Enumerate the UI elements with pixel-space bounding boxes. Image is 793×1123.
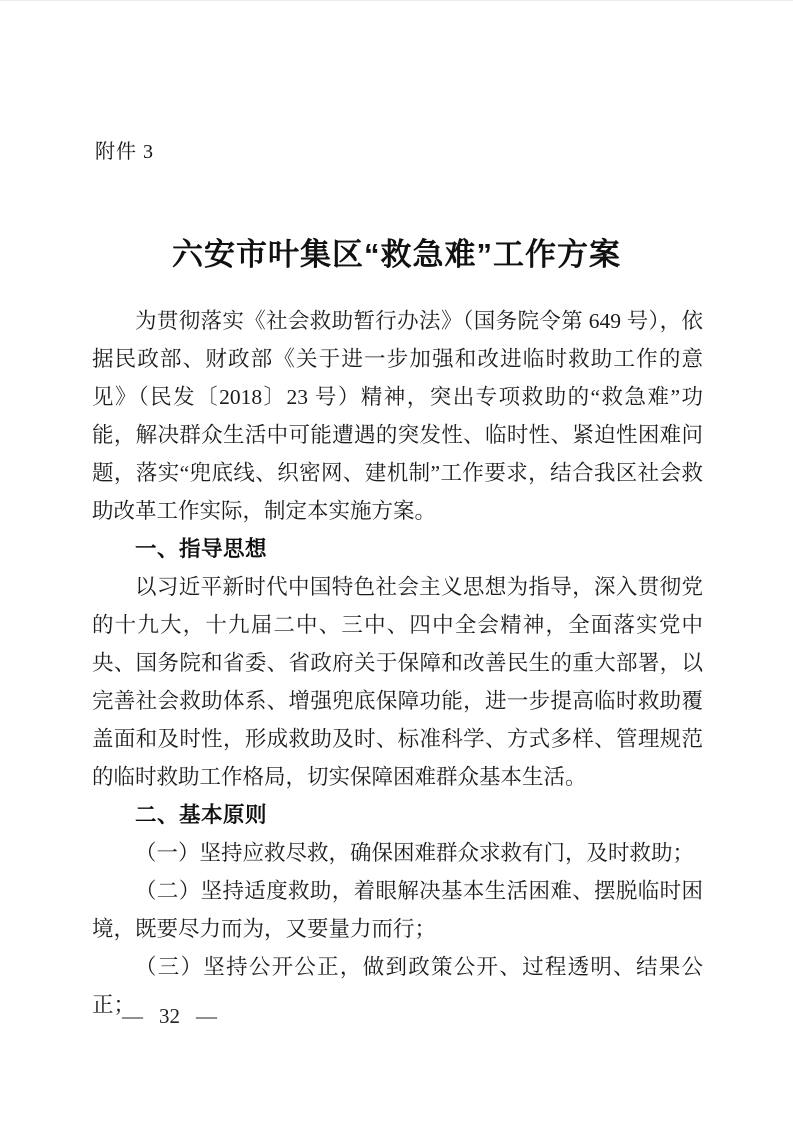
page-number-right-dash: — — [192, 1001, 221, 1031]
page-number-left-dash: — — [118, 1001, 147, 1031]
document-page: 附件 3 六安市叶集区“救急难”工作方案 为贯彻落实《社会救助暂行办法》（国务院… — [0, 0, 793, 1123]
paragraph-principle-2: （二）坚持适度救助，着眼解决基本生活困难、摆脱临时困境，既要尽力而为，又要量力而… — [92, 872, 703, 948]
page-number-value: 32 — [147, 1001, 192, 1031]
paragraph-preamble: 为贯彻落实《社会救助暂行办法》（国务院令第 649 号），依据民政部、财政部《关… — [92, 302, 703, 530]
paragraph-guiding-ideology: 以习近平新时代中国特色社会主义思想为指导，深入贯彻党的十九大，十九届二中、三中、… — [92, 568, 703, 796]
section-heading-basic-principles: 二、基本原则 — [92, 796, 703, 834]
paragraph-principle-1: （一）坚持应救尽救，确保困难群众求救有门，及时救助； — [92, 834, 703, 872]
document-body: 为贯彻落实《社会救助暂行办法》（国务院令第 649 号），依据民政部、财政部《关… — [92, 302, 703, 1024]
attachment-label: 附件 3 — [95, 139, 154, 165]
document-title: 六安市叶集区“救急难”工作方案 — [0, 235, 793, 275]
page-number: —32— — [118, 1001, 221, 1031]
section-heading-guiding-ideology: 一、指导思想 — [92, 530, 703, 568]
